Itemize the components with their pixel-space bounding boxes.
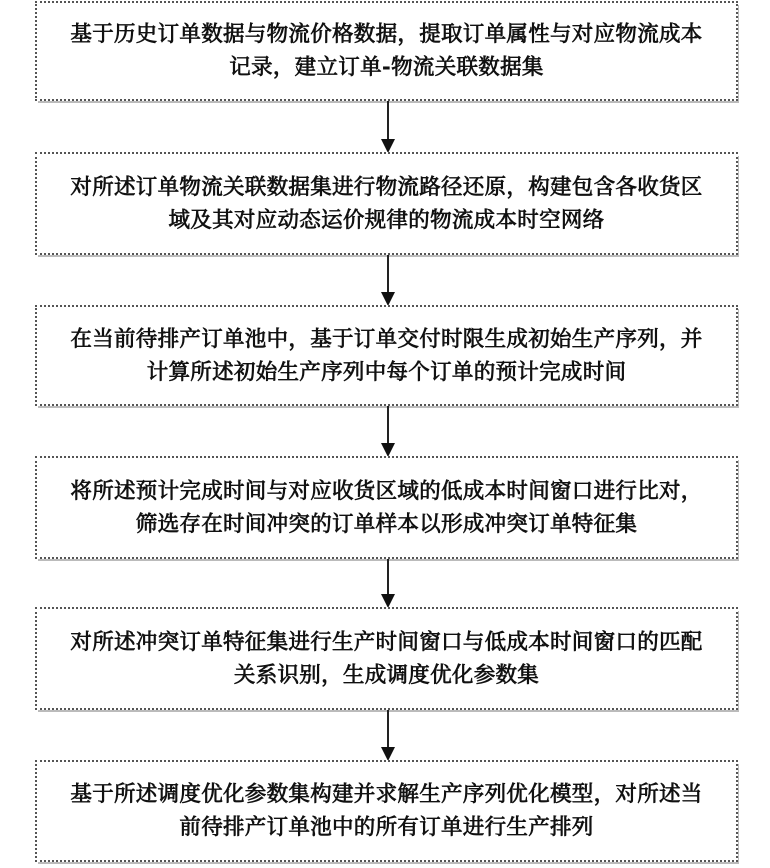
step-2-text: 对所述订单物流关联数据集进行物流路径还原，构建包含各收货区域及其对应动态运价规律…	[67, 171, 707, 237]
step-5-text: 对所述冲突订单特征集进行生产时间窗口与低成本时间窗口的匹配关系识别，生成调度优化…	[67, 626, 707, 692]
arrow-5-to-6	[387, 710, 389, 759]
step-3-text: 在当前待排产订单池中，基于订单交付时限生成初始生产序列，并计算所述初始生产序列中…	[67, 323, 707, 389]
step-3-box: 在当前待排产订单池中，基于订单交付时限生成初始生产序列，并计算所述初始生产序列中…	[35, 305, 738, 406]
step-6-text: 基于所述调度优化参数集构建并求解生产序列优化模型，对所述当前待排产订单池中的所有…	[67, 778, 707, 844]
step-5-box: 对所述冲突订单特征集进行生产时间窗口与低成本时间窗口的匹配关系识别，生成调度优化…	[35, 607, 738, 710]
step-4-box: 将所述预计完成时间与对应收货区域的低成本时间窗口进行比对，筛选存在时间冲突的订单…	[35, 456, 738, 559]
arrow-3-to-4	[387, 406, 389, 455]
step-4-text: 将所述预计完成时间与对应收货区域的低成本时间窗口进行比对，筛选存在时间冲突的订单…	[67, 475, 707, 541]
step-6-box: 基于所述调度优化参数集构建并求解生产序列优化模型，对所述当前待排产订单池中的所有…	[35, 760, 738, 862]
step-2-box: 对所述订单物流关联数据集进行物流路径还原，构建包含各收货区域及其对应动态运价规律…	[35, 152, 738, 255]
step-1-text: 基于历史订单数据与物流价格数据，提取订单属性与对应物流成本记录，建立订单-物流关…	[67, 18, 707, 84]
arrow-2-to-3	[387, 255, 389, 304]
step-1-box: 基于历史订单数据与物流价格数据，提取订单属性与对应物流成本记录，建立订单-物流关…	[35, 1, 738, 101]
arrow-1-to-2	[387, 101, 389, 151]
arrow-4-to-5	[387, 559, 389, 606]
